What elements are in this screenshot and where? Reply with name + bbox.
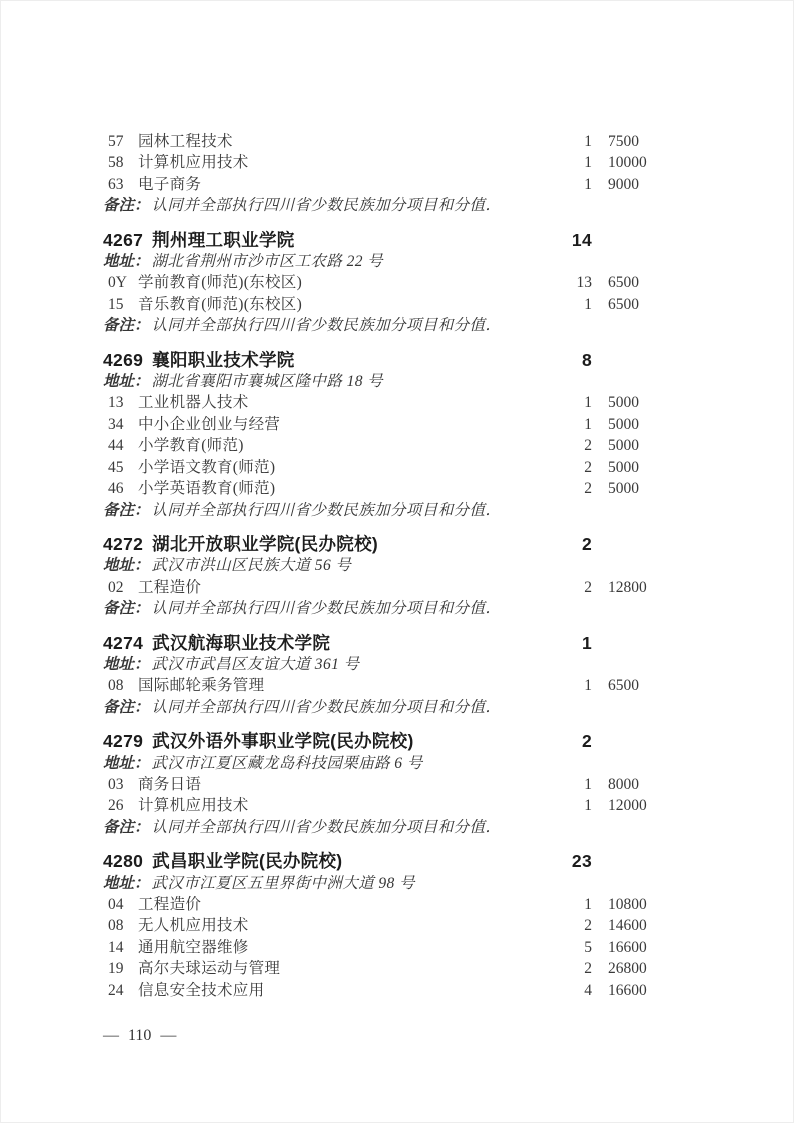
section-title: 4279武汉外语外事职业学院(民办院校)	[103, 731, 552, 752]
note-text: 认同并全部执行四川省少数民族加分项目和分值．	[152, 697, 502, 718]
program-quota: 2	[552, 435, 592, 456]
program-quota: 4	[552, 980, 592, 1001]
note-label: 备注：	[103, 598, 150, 619]
address-text: 武汉市江夏区藏龙岛科技园栗庙路 6 号	[152, 753, 423, 774]
program-fee: 10000	[608, 152, 668, 173]
program-fee: 8000	[608, 774, 668, 795]
program-quota: 2	[552, 915, 592, 936]
program-code: 14	[108, 937, 132, 958]
program-quota: 1	[552, 414, 592, 435]
note-text: 认同并全部执行四川省少数民族加分项目和分值．	[152, 315, 502, 336]
program-fee: 5000	[608, 478, 668, 499]
program-name: 国际邮轮乘务管理	[138, 675, 552, 696]
section-name: 荆州理工职业学院	[152, 230, 294, 250]
section-rows: 03 商务日语 1 8000 26 计算机应用技术 1 12000	[103, 774, 668, 817]
program-code: 34	[108, 414, 132, 435]
program-fee: 26800	[608, 958, 668, 979]
program-code: 0Y	[108, 272, 132, 293]
address-label: 地址：	[103, 654, 150, 675]
program-fee: 9000	[608, 174, 668, 195]
program-code: 08	[108, 915, 132, 936]
program-quota: 2	[552, 478, 592, 499]
section-title-row: 4269襄阳职业技术学院 8	[103, 350, 668, 371]
section-title: 4269襄阳职业技术学院	[103, 350, 552, 371]
note-row: 备注： 认同并全部执行四川省少数民族加分项目和分值．	[103, 315, 668, 336]
program-fee: 6500	[608, 272, 668, 293]
section-name: 湖北开放职业学院(民办院校)	[152, 534, 378, 554]
program-fee: 5000	[608, 457, 668, 478]
section-rows: 04 工程造价 1 10800 08 无人机应用技术 2 14600 14 通用…	[103, 894, 668, 1001]
program-name: 工程造价	[138, 577, 552, 598]
program-quota: 2	[552, 958, 592, 979]
program-name: 信息安全技术应用	[138, 980, 552, 1001]
section-total: 2	[552, 731, 592, 752]
section-name: 武昌职业学院(民办院校)	[152, 851, 342, 871]
section-title-row: 4274武汉航海职业技术学院 1	[103, 633, 668, 654]
address-row: 地址： 武汉市江夏区五里界街中洲大道 98 号	[103, 873, 668, 894]
program-row: 45 小学语文教育(师范) 2 5000	[103, 457, 668, 478]
program-name: 学前教育(师范)(东校区)	[138, 272, 552, 293]
section-code: 4269	[103, 350, 143, 370]
section-code: 4274	[103, 633, 143, 653]
document-content: 57 园林工程技术 1 7500 58 计算机应用技术 1 10000 63 电…	[103, 131, 668, 1001]
program-row: 08 国际邮轮乘务管理 1 6500	[103, 675, 668, 696]
program-row: 58 计算机应用技术 1 10000	[103, 152, 668, 173]
college-section: 4280武昌职业学院(民办院校) 23 地址： 武汉市江夏区五里界街中洲大道 9…	[103, 851, 668, 1001]
program-quota: 1	[552, 131, 592, 152]
program-code: 03	[108, 774, 132, 795]
program-code: 13	[108, 392, 132, 413]
program-code: 45	[108, 457, 132, 478]
program-quota: 2	[552, 457, 592, 478]
section-title: 4274武汉航海职业技术学院	[103, 633, 552, 654]
note-row: 备注： 认同并全部执行四川省少数民族加分项目和分值．	[103, 598, 668, 619]
note-row: 备注： 认同并全部执行四川省少数民族加分项目和分值．	[103, 500, 668, 521]
program-name: 电子商务	[138, 174, 552, 195]
address-row: 地址： 武汉市江夏区藏龙岛科技园栗庙路 6 号	[103, 753, 668, 774]
program-name: 工程造价	[138, 894, 552, 915]
program-row: 04 工程造价 1 10800	[103, 894, 668, 915]
program-fee: 14600	[608, 915, 668, 936]
program-code: 26	[108, 795, 132, 816]
program-quota: 13	[552, 272, 592, 293]
program-code: 46	[108, 478, 132, 499]
note-text: 认同并全部执行四川省少数民族加分项目和分值．	[152, 500, 502, 521]
program-code: 63	[108, 174, 132, 195]
program-name: 无人机应用技术	[138, 915, 552, 936]
program-name: 通用航空器维修	[138, 937, 552, 958]
program-row: 14 通用航空器维修 5 16600	[103, 937, 668, 958]
section-rows: 08 国际邮轮乘务管理 1 6500	[103, 675, 668, 696]
program-code: 19	[108, 958, 132, 979]
note-text: 认同并全部执行四川省少数民族加分项目和分值．	[152, 817, 502, 838]
program-name: 计算机应用技术	[138, 795, 552, 816]
program-row: 46 小学英语教育(师范) 2 5000	[103, 478, 668, 499]
footer-page-number: 110	[128, 1027, 151, 1045]
program-code: 15	[108, 294, 132, 315]
program-row: 63 电子商务 1 9000	[103, 174, 668, 195]
program-name: 计算机应用技术	[138, 152, 552, 173]
section-total: 8	[552, 350, 592, 371]
section-title-row: 4279武汉外语外事职业学院(民办院校) 2	[103, 731, 668, 752]
section-rows: 0Y 学前教育(师范)(东校区) 13 6500 15 音乐教育(师范)(东校区…	[103, 272, 668, 315]
program-row: 26 计算机应用技术 1 12000	[103, 795, 668, 816]
program-row: 57 园林工程技术 1 7500	[103, 131, 668, 152]
program-name: 小学教育(师范)	[138, 435, 552, 456]
college-section: 4279武汉外语外事职业学院(民办院校) 2 地址： 武汉市江夏区藏龙岛科技园栗…	[103, 731, 668, 838]
program-fee: 5000	[608, 435, 668, 456]
page-footer: — 110 —	[103, 1027, 176, 1045]
program-name: 小学英语教育(师范)	[138, 478, 552, 499]
note-label: 备注：	[103, 195, 150, 216]
program-code: 04	[108, 894, 132, 915]
address-label: 地址：	[103, 555, 150, 576]
section-title: 4272湖北开放职业学院(民办院校)	[103, 534, 552, 555]
section-name: 襄阳职业技术学院	[152, 350, 294, 370]
program-quota: 1	[552, 392, 592, 413]
section-rows: 02 工程造价 2 12800	[103, 577, 668, 598]
program-row: 08 无人机应用技术 2 14600	[103, 915, 668, 936]
address-text: 武汉市武昌区友谊大道 361 号	[152, 654, 360, 675]
address-row: 地址： 武汉市武昌区友谊大道 361 号	[103, 654, 668, 675]
address-label: 地址：	[103, 251, 150, 272]
section-rows: 13 工业机器人技术 1 5000 34 中小企业创业与经营 1 5000 44…	[103, 392, 668, 499]
program-row: 24 信息安全技术应用 4 16600	[103, 980, 668, 1001]
program-quota: 1	[552, 294, 592, 315]
section-rows: 57 园林工程技术 1 7500 58 计算机应用技术 1 10000 63 电…	[103, 131, 668, 195]
program-code: 08	[108, 675, 132, 696]
program-name: 商务日语	[138, 774, 552, 795]
program-fee: 16600	[608, 937, 668, 958]
program-fee: 12000	[608, 795, 668, 816]
college-section: 4272湖北开放职业学院(民办院校) 2 地址： 武汉市洪山区民族大道 56 号…	[103, 534, 668, 620]
section-code: 4267	[103, 230, 143, 250]
program-quota: 5	[552, 937, 592, 958]
section-code: 4279	[103, 731, 143, 751]
program-quota: 1	[552, 174, 592, 195]
section-code: 4272	[103, 534, 143, 554]
program-fee: 6500	[608, 675, 668, 696]
note-row: 备注： 认同并全部执行四川省少数民族加分项目和分值．	[103, 817, 668, 838]
program-row: 15 音乐教育(师范)(东校区) 1 6500	[103, 294, 668, 315]
college-section: 4267荆州理工职业学院 14 地址： 湖北省荆州市沙市区工农路 22 号 0Y…	[103, 230, 668, 337]
note-label: 备注：	[103, 697, 150, 718]
college-section: 4274武汉航海职业技术学院 1 地址： 武汉市武昌区友谊大道 361 号 08…	[103, 633, 668, 719]
program-row: 03 商务日语 1 8000	[103, 774, 668, 795]
section-title-row: 4267荆州理工职业学院 14	[103, 230, 668, 251]
note-label: 备注：	[103, 500, 150, 521]
program-name: 音乐教育(师范)(东校区)	[138, 294, 552, 315]
program-name: 工业机器人技术	[138, 392, 552, 413]
address-label: 地址：	[103, 873, 150, 894]
program-fee: 5000	[608, 392, 668, 413]
section-title: 4267荆州理工职业学院	[103, 230, 552, 251]
document-page: 57 园林工程技术 1 7500 58 计算机应用技术 1 10000 63 电…	[0, 0, 794, 1123]
section-title-row: 4272湖北开放职业学院(民办院校) 2	[103, 534, 668, 555]
section-total: 23	[552, 851, 592, 872]
note-text: 认同并全部执行四川省少数民族加分项目和分值．	[152, 598, 502, 619]
program-code: 02	[108, 577, 132, 598]
program-name: 小学语文教育(师范)	[138, 457, 552, 478]
program-row: 02 工程造价 2 12800	[103, 577, 668, 598]
program-row: 34 中小企业创业与经营 1 5000	[103, 414, 668, 435]
program-quota: 1	[552, 152, 592, 173]
program-fee: 12800	[608, 577, 668, 598]
address-label: 地址：	[103, 753, 150, 774]
program-row: 0Y 学前教育(师范)(东校区) 13 6500	[103, 272, 668, 293]
program-name: 园林工程技术	[138, 131, 552, 152]
program-code: 24	[108, 980, 132, 1001]
note-label: 备注：	[103, 315, 150, 336]
note-row: 备注： 认同并全部执行四川省少数民族加分项目和分值．	[103, 195, 668, 216]
program-name: 中小企业创业与经营	[138, 414, 552, 435]
section-total: 2	[552, 534, 592, 555]
program-fee: 7500	[608, 131, 668, 152]
program-quota: 1	[552, 795, 592, 816]
section-total: 14	[552, 230, 592, 251]
address-label: 地址：	[103, 371, 150, 392]
program-name: 高尔夫球运动与管理	[138, 958, 552, 979]
program-row: 13 工业机器人技术 1 5000	[103, 392, 668, 413]
program-fee: 16600	[608, 980, 668, 1001]
program-fee: 5000	[608, 414, 668, 435]
section-title-row: 4280武昌职业学院(民办院校) 23	[103, 851, 668, 872]
program-code: 44	[108, 435, 132, 456]
footer-right-dash: —	[160, 1027, 176, 1045]
address-text: 湖北省襄阳市襄城区隆中路 18 号	[152, 371, 384, 392]
program-quota: 1	[552, 675, 592, 696]
note-row: 备注： 认同并全部执行四川省少数民族加分项目和分值．	[103, 697, 668, 718]
program-quota: 1	[552, 774, 592, 795]
address-text: 湖北省荆州市沙市区工农路 22 号	[152, 251, 384, 272]
section-title: 4280武昌职业学院(民办院校)	[103, 851, 552, 872]
program-fee: 10800	[608, 894, 668, 915]
note-label: 备注：	[103, 817, 150, 838]
program-quota: 1	[552, 894, 592, 915]
address-row: 地址： 湖北省襄阳市襄城区隆中路 18 号	[103, 371, 668, 392]
address-text: 武汉市江夏区五里界街中洲大道 98 号	[152, 873, 415, 894]
section-code: 4280	[103, 851, 143, 871]
note-text: 认同并全部执行四川省少数民族加分项目和分值．	[152, 195, 502, 216]
program-row: 19 高尔夫球运动与管理 2 26800	[103, 958, 668, 979]
program-fee: 6500	[608, 294, 668, 315]
program-code: 57	[108, 131, 132, 152]
footer-left-dash: —	[103, 1027, 119, 1045]
address-row: 地址： 湖北省荆州市沙市区工农路 22 号	[103, 251, 668, 272]
college-section: 57 园林工程技术 1 7500 58 计算机应用技术 1 10000 63 电…	[103, 131, 668, 217]
section-total: 1	[552, 633, 592, 654]
section-name: 武汉航海职业技术学院	[152, 633, 330, 653]
address-row: 地址： 武汉市洪山区民族大道 56 号	[103, 555, 668, 576]
program-row: 44 小学教育(师范) 2 5000	[103, 435, 668, 456]
program-quota: 2	[552, 577, 592, 598]
college-section: 4269襄阳职业技术学院 8 地址： 湖北省襄阳市襄城区隆中路 18 号 13 …	[103, 350, 668, 521]
section-name: 武汉外语外事职业学院(民办院校)	[152, 731, 413, 751]
program-code: 58	[108, 152, 132, 173]
address-text: 武汉市洪山区民族大道 56 号	[152, 555, 352, 576]
